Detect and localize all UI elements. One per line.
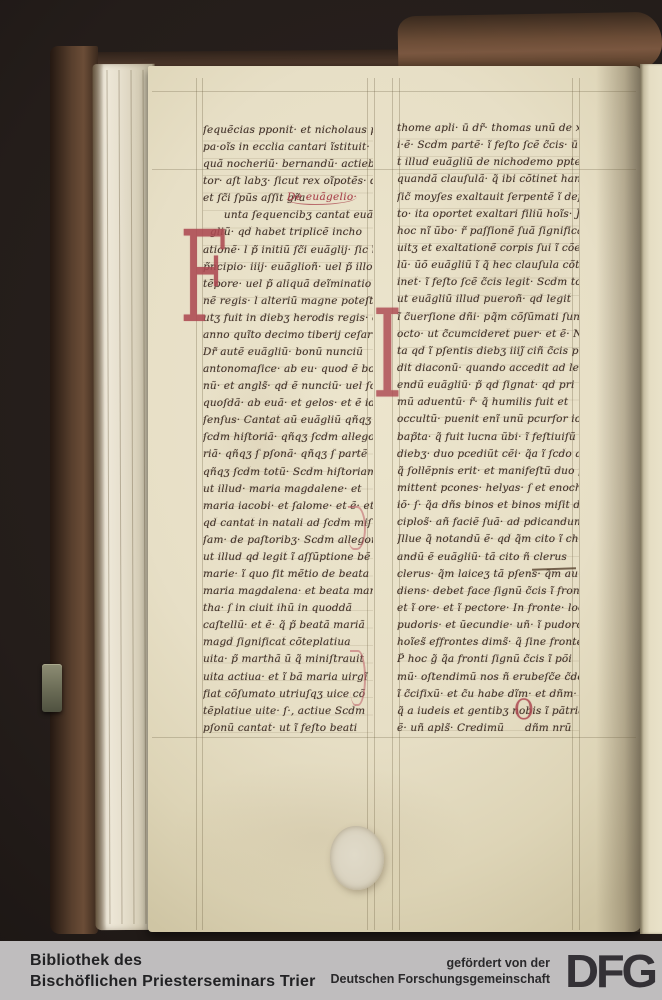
manuscript-line: q̃ a iudeis et gentibʒ nobis ĩ pãtria	[397, 705, 579, 717]
red-rubric-de-euangelio: De euãgelio·	[287, 191, 357, 205]
metal-clasp-remnant	[42, 664, 62, 712]
funding-credit-line1: gefördert von der	[331, 955, 551, 971]
manuscript-line: mũ aduentũ· r̃· q̃ humilis fuit et	[397, 396, 579, 408]
manuscript-line: antonomaſice· ab eu· quod ẽ bo	[203, 363, 373, 375]
manuscript-line: ciplos̃· añ faciẽ ſuã· ad pdicandum	[397, 516, 579, 528]
manuscript-line: anno quĩto decimo tiberij ceſaris·	[203, 329, 373, 341]
manuscript-line: ſequẽcias pponit̃· et nicholaus pa	[203, 124, 373, 136]
manuscript-line: qñqʒ ſcd̃m totũ· Scd̃m hiſtoriam·	[203, 466, 373, 478]
manuscript-line: inet̃· ĩ feſto ſcẽ c̃cis legit̃· Scd̃m t…	[397, 276, 579, 288]
manuscript-line: occultũ· puenit enĩ unũ pcurſor iohs̃	[397, 413, 579, 425]
manuscript-line: quoſdã· ab euã· et gelos· et ẽ idẽ	[203, 397, 373, 409]
manuscript-line: diebʒ· duo pcediũt cẽi· q̃a ĩ ſcd̃o aduẽ…	[397, 448, 579, 460]
manuscript-line: octo· ut c̃cumcideret̃ puer· et ẽ· No	[397, 328, 579, 340]
manuscript-line: q̃ ſollẽpnis erit· et manifeſtũ duo p̃	[397, 465, 579, 477]
library-name-line1: Bibliothek des	[30, 950, 316, 971]
manuscript-line: andũ ẽ euãgliũ· tã cito ñ clerus	[397, 551, 579, 563]
manuscript-line: ſenſus· Cantat̃ aũ euãgliũ qñqʒ	[203, 414, 373, 426]
manuscript-line: tor· aſt labʒ· ſicut rex oĩpotẽs· d·	[203, 175, 373, 187]
manuscript-line: bap̃ta· q̃ fuit lucna ũbi· ĩ feſtiuiſũ	[397, 431, 579, 443]
text-column-left: ſequẽcias pponit̃· et nicholaus papa·oĩs…	[203, 124, 373, 734]
manuscript-line: pa·oĩs in eccl̃ia cantari ĩstituit· p̃	[203, 141, 373, 153]
manuscript-line: uita· p̃ marthã ũ q̃ miniſtrauit̃	[203, 653, 373, 665]
manuscript-line: fiat cõſumato utriuſqʒ uice cõ	[203, 688, 373, 700]
red-initial-f: F	[180, 214, 227, 340]
manuscript-line: ſic̃ moyſes exaltauit ſerpentẽ ĩ deſer	[397, 191, 579, 203]
manuscript-line: tẽplatiue uite· ſ·, actiue Scd̃m	[203, 705, 373, 717]
manuscript-line: tẽpore· uel p̃ aliquã deĩminatio	[203, 278, 373, 290]
manuscript-line: maria magdalena· et beata mar	[203, 585, 373, 597]
page-edge-line	[107, 70, 111, 924]
page-edge-line	[143, 70, 147, 924]
binding-gutter-shadow	[596, 66, 642, 932]
page-edge-line	[131, 70, 135, 924]
manuscript-line: dit̃ diaconũ· quando accedit ad leg	[397, 362, 579, 374]
ruling-line-horizontal	[152, 91, 636, 92]
manuscript-line: ĩ c̃uerſione dñi· pq̃m cõſũmati ſunt die…	[397, 311, 579, 323]
manuscript-line: mũ· oſtendimũ nos ñ erubeſc̃e c̃dere·	[397, 671, 579, 683]
manuscript-line: lũ· ũõ euãgliũ ĩ q̃ hec clauſula cõt	[397, 259, 579, 271]
manuscript-line: ẽ· uñ apls̃· Credimũ dñm nrũ	[397, 722, 579, 734]
ruling-line-vertical	[374, 78, 375, 930]
manuscript-line: iõ· ſ̃· q̃a dñs binos et binos miſit diſ	[397, 499, 579, 511]
manuscript-line: unta ſequencibʒ cantat̃ euã	[203, 209, 373, 221]
red-marginal-mark	[350, 650, 366, 706]
manuscript-line: pſonũ cantat̃· ut ĩ feſto beati	[203, 722, 373, 734]
manuscript-line: to· ita oportet exaltari filiũ hoĩs· J̃	[397, 208, 579, 220]
library-name: Bibliothek des Bischöflichen Priestersem…	[30, 950, 316, 992]
ruling-line-horizontal	[152, 737, 636, 738]
manuscript-line: thome apl̃i· ū dr̃· thomas unũ de xij·	[397, 122, 579, 134]
manuscript-line: ut illud qd̃ legit̃ ĩ aſſũptione bẽ	[203, 551, 373, 563]
red-marginal-mark	[348, 506, 366, 550]
red-initial-o: O	[514, 696, 534, 724]
funding-credit-line2: Deutschen Forschungsgemeinschaft	[331, 971, 551, 987]
manuscript-line: tha· ſ̃ in ciuit̃ ihũ in quoddã	[203, 602, 373, 614]
library-name-line2: Bischöflichen Priesterseminars Trier	[30, 971, 316, 992]
red-initial-i: I	[372, 294, 403, 416]
leather-cover-left-edge	[50, 46, 98, 934]
manuscript-line: utʒ fuit in diebʒ herodis regis· et	[203, 312, 373, 324]
manuscript-line: t̃ illud euãgliũ de nichodemo ppter	[397, 156, 579, 168]
ruling-line-vertical	[579, 78, 580, 930]
manuscript-line: caſtellũ· et ẽ· q̃ p̃ beatã mariã	[203, 619, 373, 631]
manuscript-line: ĩ c̃cifixũ· et c̃u habe dĩm· et dñm·	[397, 688, 579, 700]
manuscript-line: hoc nĩ ũbo· r̃ paſſionẽ ſuã ſignifica	[397, 225, 579, 237]
manuscript-line: P̃ hoc g̃ q̃a fronti ſignũ c̃cis ĩ põi	[397, 653, 579, 665]
manuscript-line: quandã clauſulã· q̃ ibi cõtinet̃ hanc· ſ…	[397, 173, 579, 185]
manuscript-line: nũ· et angls̃· qd̃ ẽ nunciũ· uel ſcd̃m	[203, 380, 373, 392]
manuscript-line: riã· qñqʒ ſ̃ pſonã· qñqʒ ſ̃ partẽ	[203, 448, 373, 460]
manuscript-line: pudoris· et ũecundie· uñ· ĩ pudoroſ̃	[397, 619, 579, 631]
manuscript-line: ta qd̃ ĩ pſentis diebʒ iiij̃ ciñ c̃cis p…	[397, 345, 579, 357]
manuscript-line: Dr̃ autẽ euãgliũ· bonũ nunciũ	[203, 346, 373, 358]
funding-credit: gefördert von der Deutschen Forschungsge…	[331, 955, 551, 987]
facing-page-edge	[640, 64, 662, 934]
manuscript-line: uitʒ et exaltationẽ corpis ſui ĩ cõe	[397, 242, 579, 254]
manuscript-line: et ĩ ore· et ĩ pectore· In fronte· locus…	[397, 602, 579, 614]
manuscript-line: uita actiua· et ĩ bã maria uirgĩ	[203, 671, 373, 683]
manuscript-line: ut illud· maria magdalene· et	[203, 483, 373, 495]
manuscript-line: ſcd̃m hiſtoriã· qñqʒ ſcd̃m allego	[203, 431, 373, 443]
manuscript-line: hoĩes̃ effrontes dims̃· q̃ ſine fronte·	[397, 636, 579, 648]
ruling-line-vertical	[392, 78, 393, 930]
footer-bar: Bibliothek des Bischöflichen Priestersem…	[0, 941, 662, 1000]
manuscript-line: marie· ĩ quo fit mẽtio de beata	[203, 568, 373, 580]
text-column-right: thome apl̃i· ū dr̃· thomas unũ de xij·i·…	[397, 122, 579, 734]
manuscript-line: gliũ· qd̃ habet triplicẽ incho	[203, 226, 373, 238]
manuscript-line: mittent̃ pcones· helyas· ſ̃ et enoch· r̃	[397, 482, 579, 494]
manuscript-line: Jllue q̃ notandũ ẽ· qd̃ q̃m cito ĩ cho	[397, 533, 579, 545]
manuscript-line: ut euãgliũ illud pueroñ· qd̃ legit̃	[397, 293, 579, 305]
manuscript-line: quã nocheriũ· bernandũ· actiebus ĩ uẽ	[203, 158, 373, 170]
manuscript-line: i·ẽ· Scd̃m partẽ· ĩ feſto ſcẽ c̃cis· ū c…	[397, 139, 579, 151]
dfg-logo: DFG	[565, 944, 655, 998]
manuscript-line: ationẽ· l̃ p̃ initiũ ſc̃i euãglij· ſic ĩ	[203, 244, 373, 256]
manuscript-line: magd̃ ſignificat̃ cõteplatiua	[203, 636, 373, 648]
manuscript-line: nẽ regis· l̃ alteriũ magne poteſtatis	[203, 295, 373, 307]
manuscript-line: diens· debet face ſignũ c̃cis ĩ fronte·	[397, 585, 579, 597]
page-edge-line	[119, 70, 123, 924]
manuscript-line: p̃ncipio· iiij· euãglioñ· uel p̃ illo	[203, 261, 373, 273]
parchment-repair-patch	[330, 826, 384, 890]
manuscript-line: endũ euãgliũ· p̃ qd̃ ſignat̃· qd̃ pri	[397, 379, 579, 391]
digitized-manuscript-photo: ſequẽcias pponit̃· et nicholaus papa·oĩs…	[0, 0, 662, 1000]
